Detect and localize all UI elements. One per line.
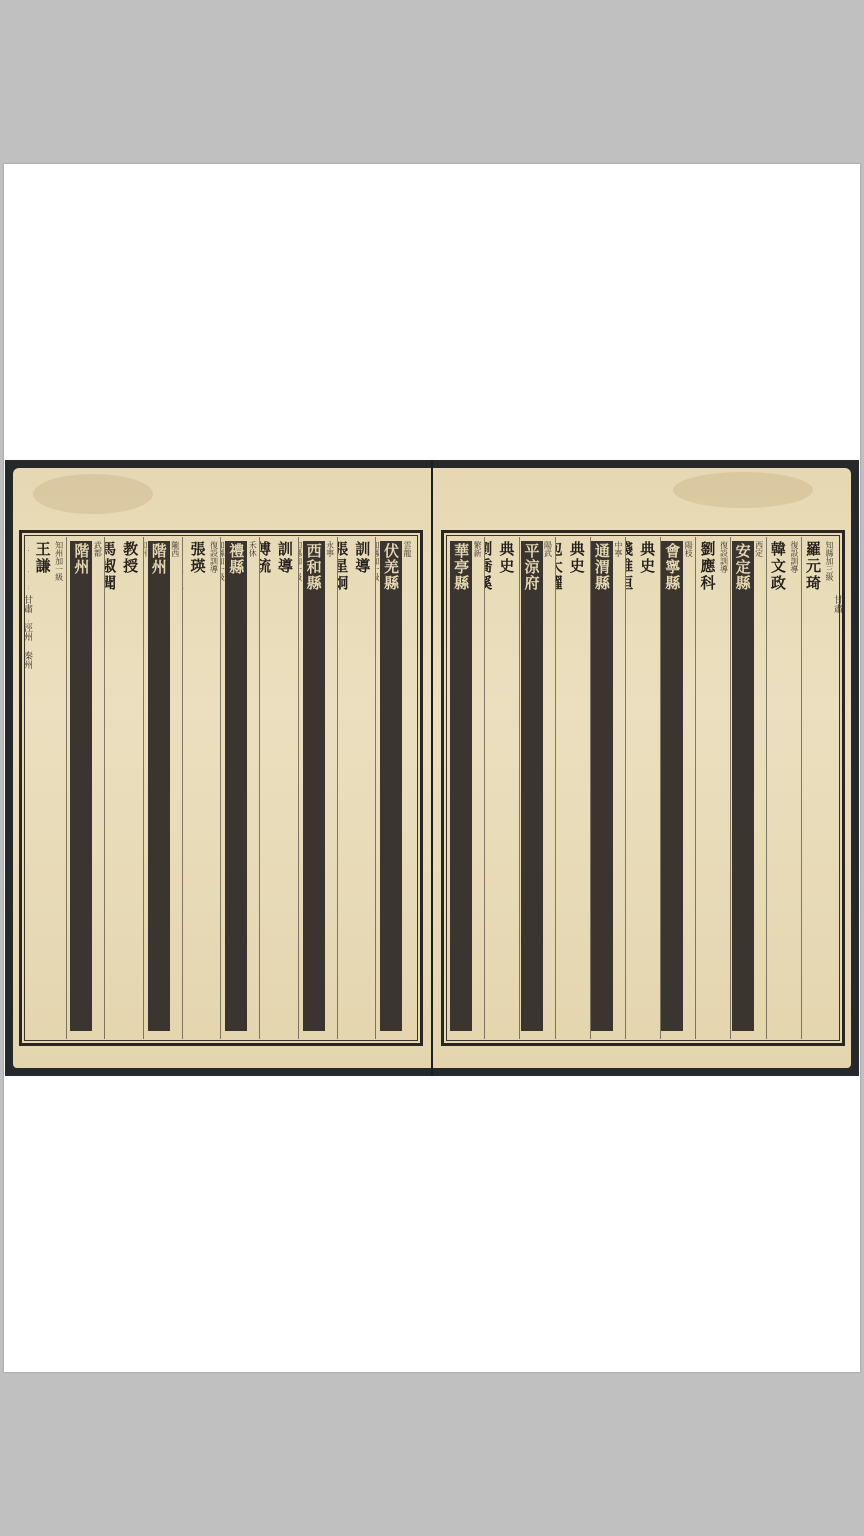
register-column: 復設訓導 張瑛 寧夏人 貢 二十一年四月選 學正 張文璣 涇陽人 舉人 二十五年… bbox=[182, 537, 221, 1039]
county-name-badge: 禮縣 bbox=[225, 541, 247, 1031]
office-title: 復設訓導 bbox=[208, 541, 218, 1035]
county-name-badge: 伏羌縣 bbox=[380, 541, 402, 1031]
county-name-badge: 通渭縣 bbox=[591, 541, 613, 1031]
official-origin: 寧夏人 bbox=[182, 541, 187, 1035]
place-note: 隴西 bbox=[170, 541, 180, 1035]
subordinate-name: 傅琉 bbox=[259, 541, 274, 1035]
register-column: 復設訓導 韓文政 長安人 貢 二十八年三月選 典史 姚瑨 安徽旌德人 乾隆二十年… bbox=[766, 537, 801, 1039]
paper-stain bbox=[33, 474, 153, 514]
subordinate-title: 典史 bbox=[566, 541, 588, 1035]
subordinate-name: 馬淑聞 bbox=[104, 541, 119, 1035]
register-column: 永寧 西和縣 知縣加一級 王鳴珂 直隸定州人 府東南三百十里 拔貢 二十八年五月… bbox=[298, 537, 337, 1039]
place-note: 繁新 bbox=[472, 541, 482, 1035]
left-page-frame: 甘肅 涇州 秦州 雲龍 伏羌縣 知縣加一級 鄧必安 江西南豐人 府東南二百九十里… bbox=[19, 530, 423, 1046]
subordinate-title: 照磨 bbox=[66, 541, 71, 1035]
place-note: 禾休 bbox=[247, 541, 257, 1035]
scanned-book-spread: 甘肅 涇州 秦州 雲龍 伏羌縣 知縣加一級 鄧必安 江西南豐人 府東南二百九十里… bbox=[5, 460, 859, 1076]
place-note: 中寧 bbox=[613, 541, 623, 1035]
office-title: 知縣加二級 bbox=[730, 541, 731, 1035]
register-column: 知州加一級 王謙 奉天漢軍旗人 十八年十月題 州同 武璉 雲南河陽人 舉人 二十… bbox=[28, 537, 66, 1039]
official-origin: 雲南石屏州人 bbox=[801, 541, 802, 1035]
right-page-columns: 知縣加三級 羅元琦 雲南石屏州人 舉人 嘉慶十七年五月題 教諭 姬左陝 蒲城人 … bbox=[450, 537, 836, 1039]
register-column: 教授 馬淑聞 富平人 舉人 二十七年六月陞 bbox=[104, 537, 143, 1039]
county-name-badge: 安定縣 bbox=[732, 541, 754, 1031]
office-title: 復設訓導 bbox=[789, 541, 799, 1035]
subordinate-name: 錢維垣 bbox=[625, 541, 636, 1035]
office-title: 知縣加一級 bbox=[298, 541, 303, 1035]
register-column: 復設訓導 劉應科 耀州人 貢 二十七年十二月選 典史 吳岱 江西新昌人 監 二十… bbox=[695, 537, 730, 1039]
left-page: 甘肅 涇州 秦州 雲龍 伏羌縣 知縣加一級 鄧必安 江西南豐人 府東南二百九十里… bbox=[13, 468, 431, 1068]
office-title: 知縣加一級 bbox=[519, 541, 520, 1035]
register-column: 雲龍 伏羌縣 知縣加一級 鄧必安 江西南豐人 府東南二百九十里 癸酉 十七年八月… bbox=[375, 537, 414, 1039]
subordinate-title: 典史 bbox=[495, 541, 517, 1035]
register-column: 陽武 平涼府 知縣加一級 金光斗 江西奉新人 府南七十里 進士 二十六年三月題 … bbox=[519, 537, 554, 1039]
register-column: 西定 安定縣 知縣加二級 戴秉瑛 奉天承德人 府北二百六十里 乙丑 二十七年六月… bbox=[730, 537, 765, 1039]
official-name: 張瑛 bbox=[186, 541, 208, 1035]
register-column: 繁新 華亭縣 知縣加一級 木金泰 滿洲鑲黃旗人 府東南九十里 二十七年十一月題 … bbox=[450, 537, 484, 1039]
place-note: 陽武 bbox=[543, 541, 553, 1035]
register-column: 隴西 階州 知州 劉杰 奉天旗人 監 十八年正月題 吏目 吳文彬 江蘇長洲人 二… bbox=[143, 537, 182, 1039]
place-note: 武都 bbox=[92, 541, 102, 1035]
official-origin: 奉天漢軍旗人 bbox=[28, 541, 32, 1035]
county-name-badge: 華亭縣 bbox=[450, 541, 472, 1031]
official-name: 韓文政 bbox=[767, 541, 789, 1035]
county-name-badge: 階州 bbox=[70, 541, 92, 1031]
county-name-badge: 階州 bbox=[148, 541, 170, 1031]
official-origin: 耀州人 bbox=[695, 541, 696, 1035]
office-title: 知縣加一級 bbox=[220, 541, 225, 1035]
county-name-badge: 平涼府 bbox=[521, 541, 543, 1031]
office-title: 知縣加一級 bbox=[660, 541, 661, 1035]
official-name: 王謙 bbox=[32, 541, 54, 1035]
subordinate-name: 張星炯 bbox=[337, 541, 352, 1035]
document-viewer-panel: 甘肅 涇州 秦州 雲龍 伏羌縣 知縣加一級 鄧必安 江西南豐人 府東南二百九十里… bbox=[4, 164, 860, 1372]
right-page-frame: 甘肅 知縣加三級 羅元琦 雲南石屏州人 舉人 嘉慶十七年五月題 教諭 姬左陝 蒲… bbox=[441, 530, 845, 1046]
office-title: 知縣加一級 bbox=[375, 541, 380, 1035]
register-column: 知縣加三級 羅元琦 雲南石屏州人 舉人 嘉慶十七年五月題 教諭 姬左陝 蒲城人 … bbox=[801, 537, 836, 1039]
paper-stain bbox=[673, 472, 813, 508]
register-column: 典史 劉喬傒 順天宛平人 吏員 二十六年十一月選 bbox=[484, 537, 519, 1039]
register-column: 禾休 禮縣 知縣加一級 錢元校 浙江麗水人 府西南二百四十里 貢 二十六年四月題… bbox=[220, 537, 259, 1039]
place-note: 雲龍 bbox=[402, 541, 412, 1035]
right-page: 甘肅 知縣加三級 羅元琦 雲南石屏州人 舉人 嘉慶十七年五月題 教諭 姬左陝 蒲… bbox=[433, 468, 851, 1068]
office-title: 復設訓導 bbox=[718, 541, 728, 1035]
register-column: 訓導 傅琉 甘泉人 貢 二十六年八月選 bbox=[259, 537, 298, 1039]
subordinate-name: 包大燿 bbox=[555, 541, 566, 1035]
official-origin: 長安人 bbox=[766, 541, 767, 1035]
subordinate-name: 劉喬傒 bbox=[484, 541, 495, 1035]
register-column: 典史 錢維垣 浙江錢塘人 監 二十二年七月選 bbox=[625, 537, 660, 1039]
subordinate-title: 訓導 bbox=[351, 541, 373, 1035]
place-note: 陽枝 bbox=[683, 541, 693, 1035]
left-page-columns: 雲龍 伏羌縣 知縣加一級 鄧必安 江西南豐人 府東南二百九十里 癸酉 十七年八月… bbox=[28, 537, 414, 1039]
place-note: 永寧 bbox=[325, 541, 335, 1035]
office-title: 知縣加二級 bbox=[590, 541, 591, 1035]
register-column: 典史 包大燿 江西龍泉人 吏員 二十五年五月選 bbox=[555, 537, 590, 1039]
official-name: 劉應科 bbox=[696, 541, 718, 1035]
office-title: 知州加一級 bbox=[54, 541, 64, 1035]
register-column: 訓導 張星炯 合水人 貢 二十四年十月選 bbox=[337, 537, 376, 1039]
county-name-badge: 會寧縣 bbox=[661, 541, 683, 1031]
county-name-badge: 西和縣 bbox=[303, 541, 325, 1031]
office-title: 知縣加三級 bbox=[824, 541, 834, 1035]
place-note: 西定 bbox=[754, 541, 764, 1035]
subordinate-title: 教授 bbox=[119, 541, 141, 1035]
register-column: 中寧 通渭縣 知縣加二級 陳壽堂 福建永定人 府東二百里 丙戌 二十七年十二月選… bbox=[590, 537, 625, 1039]
register-column: 武都 階州 照磨 李如彬 浙江山陰人 二十五年四月選 bbox=[66, 537, 105, 1039]
register-column: 陽枝 會寧縣 知縣加一級 黃顯祖 江西新城人 府東北三百十里 舉人 二十五年六月… bbox=[660, 537, 695, 1039]
subordinate-title: 訓導 bbox=[274, 541, 296, 1035]
subordinate-title: 典史 bbox=[636, 541, 658, 1035]
official-name: 羅元琦 bbox=[802, 541, 824, 1035]
office-title: 知州 bbox=[143, 541, 148, 1035]
